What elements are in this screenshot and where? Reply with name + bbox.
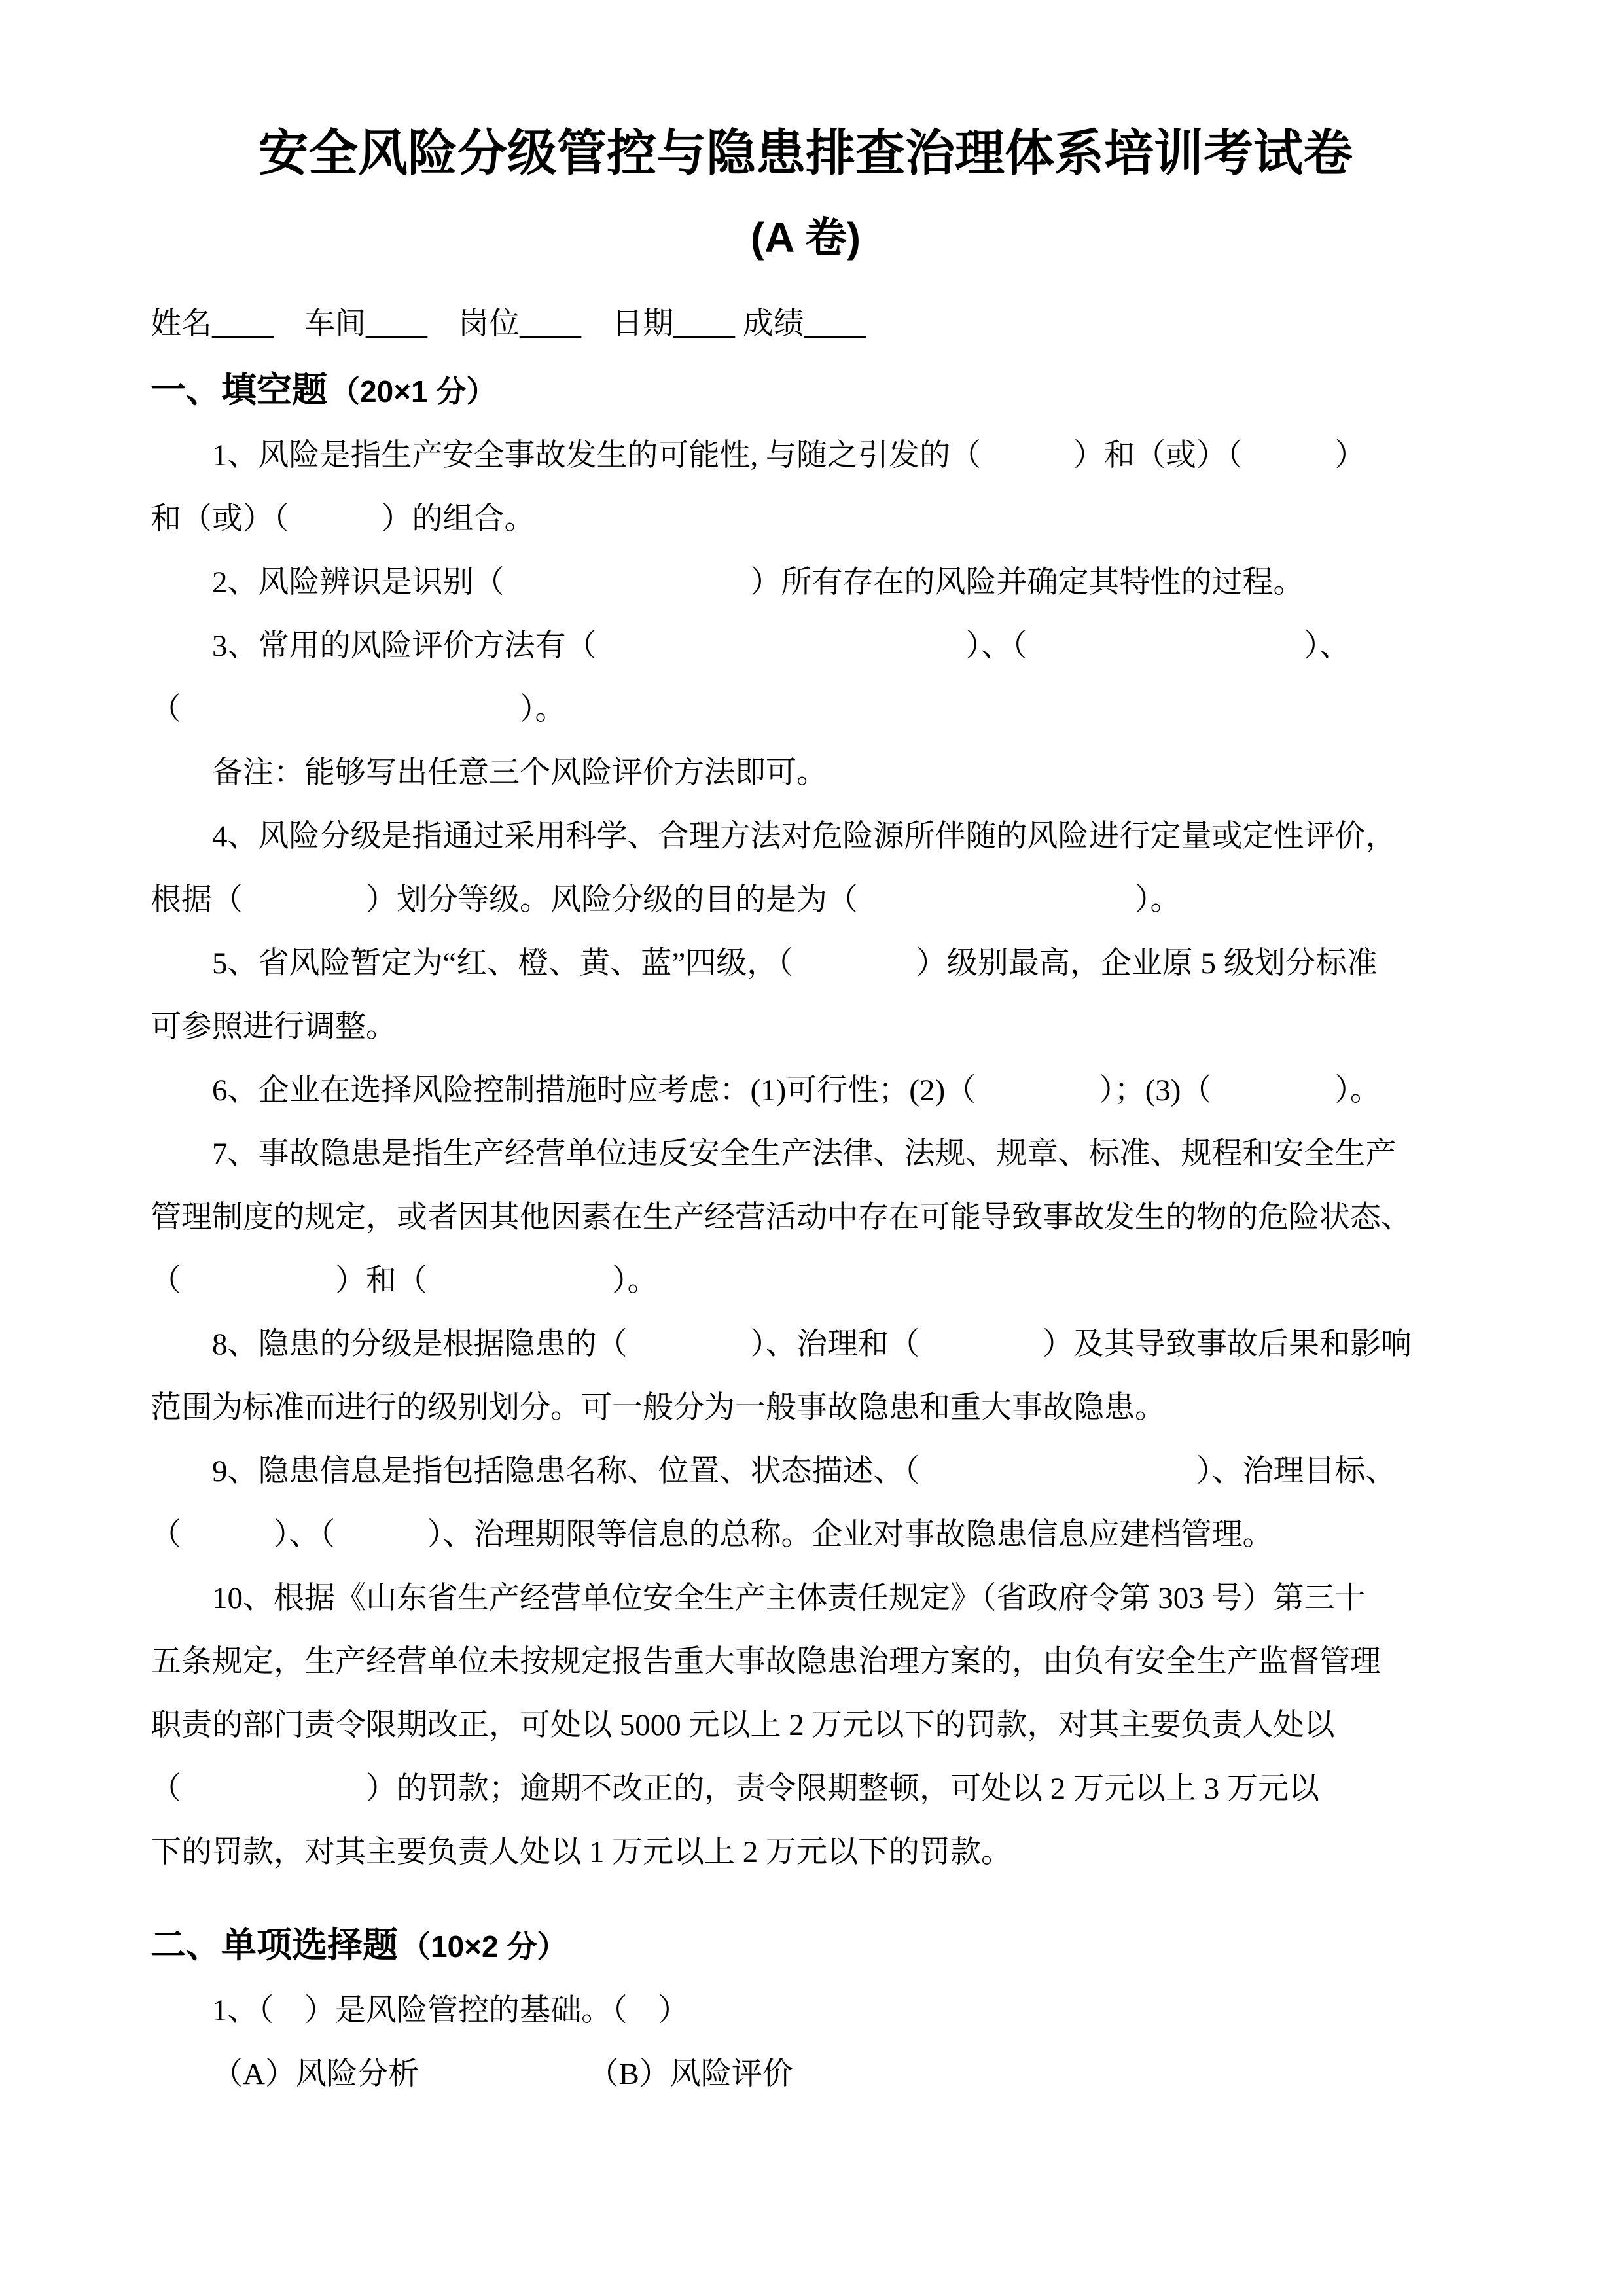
section-2-title: 二、单项选择题: [151, 1926, 398, 1965]
section-1-score: （20×1 分）: [330, 374, 496, 408]
exam-subtitle: (A 卷): [151, 210, 1461, 265]
section-2-heading: 二、单项选择题（10×2 分）: [151, 1920, 1461, 1971]
section-1-heading: 一、填空题（20×1 分）: [151, 365, 1461, 416]
fill-question-6: 6、企业在选择风险控制措施时应考虑：(1)可行性；(2)（ ）；(3)（ ）。: [151, 1059, 1461, 1122]
fill-question-7: 7、事故隐患是指生产经营单位违反安全生产法律、法规、规章、标准、规程和安全生产 …: [151, 1122, 1461, 1313]
fill-question-4: 4、风险分级是指通过采用科学、合理方法对危险源所伴随的风险进行定量或定性评价， …: [151, 805, 1461, 932]
section-1-title: 一、填空题: [151, 370, 327, 410]
exam-title: 安全风险分级管控与隐患排查治理体系培训考试卷: [151, 121, 1461, 187]
fill-question-8: 8、隐患的分级是根据隐患的（ ）、治理和（ ）及其导致事故后果和影响 范围为标准…: [151, 1313, 1461, 1440]
section-2-score: （10×2 分）: [401, 1929, 567, 1964]
fill-question-1: 1、风险是指生产安全事故发生的可能性, 与随之引发的（ ）和（或）（ ） 和（或…: [151, 424, 1461, 551]
fill-note: 备注：能够写出任意三个风险评价方法即可。: [151, 742, 1461, 805]
fill-question-2: 2、风险辨识是识别（ ）所有存在的风险并确定其特性的过程。: [151, 551, 1461, 615]
student-info-line: 姓名____ 车间____ 岗位____ 日期____ 成绩____: [151, 301, 1461, 347]
fill-question-3: 3、常用的风险评价方法有（ ）、（ ）、 （ ）。: [151, 615, 1461, 742]
fill-question-5: 5、省风险暂定为“红、橙、黄、蓝”四级，（ ）级别最高，企业原 5 级划分标准 …: [151, 932, 1461, 1059]
fill-question-9: 9、隐患信息是指包括隐患名称、位置、状态描述、（ ）、治理目标、 （ ）、（ ）…: [151, 1440, 1461, 1567]
choice-question-1-options: （A）风险分析 （B）风险评价: [151, 2043, 1461, 2106]
choice-question-1: 1、（ ）是风险管控的基础。（ ）: [151, 1979, 1461, 2043]
exam-page: 安全风险分级管控与隐患排查治理体系培训考试卷 (A 卷) 姓名____ 车间__…: [0, 0, 1623, 2296]
fill-question-10: 10、根据《山东省生产经营单位安全生产主体责任规定》（省政府令第 303 号）第…: [151, 1567, 1461, 1884]
